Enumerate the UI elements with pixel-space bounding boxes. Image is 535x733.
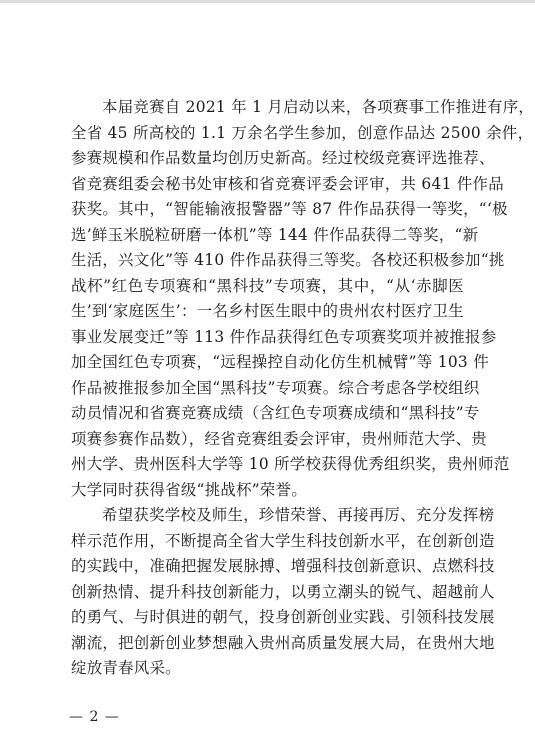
text-line: 省竞赛组委会秘书处审核和省竞赛评委会评审，共 641 件作品 (71, 172, 464, 198)
text-line: 动员情况和省赛竞赛成绩（含红色专项赛成绩和“黑科技”专 (71, 401, 464, 427)
document-body: 本届竞赛自 2021 年 1 月启动以来，各项赛事工作推进有序， 全省 45 所… (71, 95, 464, 682)
text-line: 生’到‘家庭医生’：一名乡村医生眼中的贵州农村医疗卫生 (71, 299, 464, 325)
text-line: 加全国红色专项赛，“远程操控自动化仿生机械臂”等 103 件 (71, 350, 464, 376)
text-line: 选’鲜玉米脱粒研磨一体机”等 144 件作品获得二等奖，“新 (71, 223, 464, 249)
text-line: 事业发展变迁”等 113 件作品获得红色专项赛奖项并被推报参 (71, 325, 464, 351)
text-line: 样示范作用，不断提高全省大学生科技创新水平，在创新创造 (71, 529, 464, 555)
text-line: 潮流，把创新创业梦想融入贵州高质量发展大局，在贵州大地 (71, 631, 464, 657)
text-line: 创新热情、提升科技创新能力，以勇立潮头的锐气、超越前人 (71, 580, 464, 606)
text-line: 参赛规模和作品数量均创历史新高。经过校级竞赛评选推荐、 (71, 146, 464, 172)
text-line: 的实践中，准确把握发展脉搏、增强科技创新意识、点燃科技 (71, 554, 464, 580)
text-line: 大学同时获得省级“挑战杯”荣誉。 (71, 478, 464, 504)
text-line: 州大学、贵州医科大学等 10 所学校获得优秀组织奖，贵州师范 (71, 452, 464, 478)
page-number: — 2 — (69, 707, 120, 727)
paragraph-2: 希望获奖学校及师生，珍惜荣誉、再接再厉、充分发挥榜 样示范作用，不断提高全省大学… (71, 503, 464, 682)
text-line: 战杯”红色专项赛和“黑科技”专项赛，其中，“从‘赤脚医 (71, 274, 464, 300)
text-line: 本届竞赛自 2021 年 1 月启动以来，各项赛事工作推进有序， (71, 95, 464, 121)
text-line: 的勇气、与时俱进的朝气，投身创新创业实践、引领科技发展 (71, 605, 464, 631)
text-line: 生活，兴文化”等 410 件作品获得三等奖。各校还积极参加“挑 (71, 248, 464, 274)
text-line: 作品被推报参加全国“黑科技”专项赛。综合考虑各学校组织 (71, 376, 464, 402)
text-line: 绽放青春风采。 (71, 656, 464, 682)
text-line: 获奖。其中，“智能输液报警器”等 87 件作品获得一等奖，“‘极 (71, 197, 464, 223)
paragraph-1: 本届竞赛自 2021 年 1 月启动以来，各项赛事工作推进有序， 全省 45 所… (71, 95, 464, 503)
text-line: 全省 45 所高校的 1.1 万余名学生参加，创意作品达 2500 余件， (71, 121, 464, 147)
text-line: 希望获奖学校及师生，珍惜荣誉、再接再厉、充分发挥榜 (71, 503, 464, 529)
document-page: 本届竞赛自 2021 年 1 月启动以来，各项赛事工作推进有序， 全省 45 所… (0, 0, 535, 733)
text-line: 项赛参赛作品数），经省竞赛组委会评审，贵州师范大学、贵 (71, 427, 464, 453)
